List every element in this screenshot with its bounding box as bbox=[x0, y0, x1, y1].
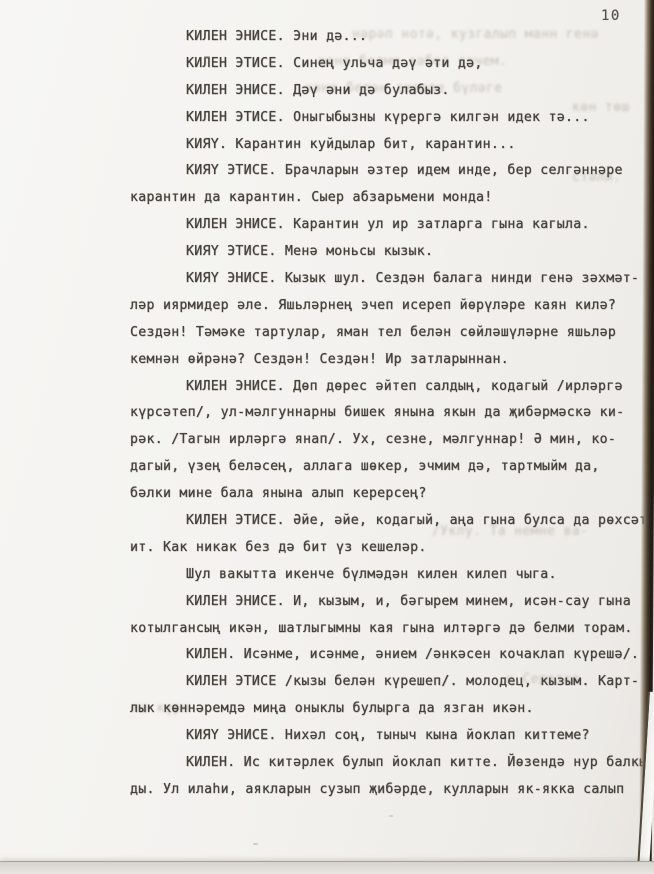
scan-speck bbox=[253, 843, 258, 845]
page-number: 10 bbox=[601, 8, 621, 24]
typed-line: КИЛЕН ЭТИСЕ /кызы белән күрешеп/. молоде… bbox=[130, 669, 654, 696]
typed-line: Сездән! Тәмәке тартулар, яман тел белән … bbox=[130, 320, 654, 347]
typed-line: карантин да карантин. Сыер абзарьмени мо… bbox=[130, 185, 654, 212]
typed-line: ләр иярмидер әле. Яшьләрнең эчеп исереп … bbox=[130, 293, 654, 320]
typed-line: лык көннәремдә миңа оныклы булырга да яз… bbox=[130, 696, 654, 723]
typed-line: КИЯҮ ЭТИСЕ. Брачларын әзтер идем инде, б… bbox=[130, 158, 654, 185]
typed-line: котылгансың икән, шатлыгымны кая гына ил… bbox=[130, 616, 654, 643]
typed-line: КИЛЕН. Ис китәрлек булып йоклап китте. Й… bbox=[130, 750, 654, 777]
typed-line: күрсәтеп/, ул-мәлгуннарны бишек янына як… bbox=[130, 400, 654, 427]
typed-line: КИЛЕН ЭТИСЕ. Әйе, әйе, кодагый, аңа гына… bbox=[130, 508, 654, 535]
typed-line: бәлки мине бала янына алып керерсең? bbox=[130, 481, 654, 508]
typed-line: КИЛЕН ЭНИСЕ. Эни дә... bbox=[130, 24, 654, 51]
scan-speck bbox=[204, 56, 210, 58]
typed-line: дагый, үзең беләсең, аллага шөкер, эчмим… bbox=[130, 454, 654, 481]
typed-line: рәк. /Тагын ирләргә янап/. Ух, сезне, мә… bbox=[130, 427, 654, 454]
typed-line: КИЛЕН ЭТИСЕ. Синең ульча дәү әти дә, bbox=[130, 51, 654, 78]
typed-line: КИЛЕН ЭНИСЕ. Дәү әни дә булабыз. bbox=[130, 78, 654, 105]
typed-line: КИЯҮ ЭНИСЕ. Кызык шул. Сездән балага нин… bbox=[130, 266, 654, 293]
typed-line: КИЛЕН. Исәнме, исәнме, әнием /әнкәсен ко… bbox=[130, 642, 654, 669]
scan-speck bbox=[389, 815, 393, 817]
typed-line: ды. Ул илаһи, аякларын сузып җибәрде, ку… bbox=[130, 777, 654, 804]
scanned-page: нәрәп нотә, кузгалып манн генәшенә белми… bbox=[0, 0, 654, 874]
typed-line: ит. Как никак без дә бит үз кешеләр. bbox=[130, 535, 654, 562]
typed-line: кемнән өйрәнә? Сездән! Сездән! Ир затлар… bbox=[130, 347, 654, 374]
typed-line: Шул вакытта икенче бүлмәдән килен килеп … bbox=[130, 562, 654, 589]
typed-line: КИЯҮ ЭТИСЕ. Менә моньсы кызык. bbox=[130, 239, 654, 266]
typed-text-block: КИЛЕН ЭНИСЕ. Эни дә...КИЛЕН ЭТИСЕ. Синең… bbox=[130, 24, 654, 804]
typed-line: КИЛЕН ЭНИСЕ. Карантин ул ир затларга гын… bbox=[130, 212, 654, 239]
typed-line: КИЛЕН ЭНИСЕ. И, кызым, и, бәгырем минем,… bbox=[130, 589, 654, 616]
scan-bottom-edge bbox=[0, 862, 654, 874]
typed-line: КИЯҮ ЭНИСЕ. Нихәл соң, тыныч кына йоклап… bbox=[130, 723, 654, 750]
typed-line: КИЛЕН ЭНИСЕ. Дөп дөрес әйтеп салдың, код… bbox=[130, 374, 654, 401]
typed-line: КИЛЕН ЭТИСЕ. Оныгыбызны күрергә килгән и… bbox=[130, 105, 654, 132]
typed-line: КИЯҮ. Карантин куйдылар бит, карантин... bbox=[130, 132, 654, 159]
